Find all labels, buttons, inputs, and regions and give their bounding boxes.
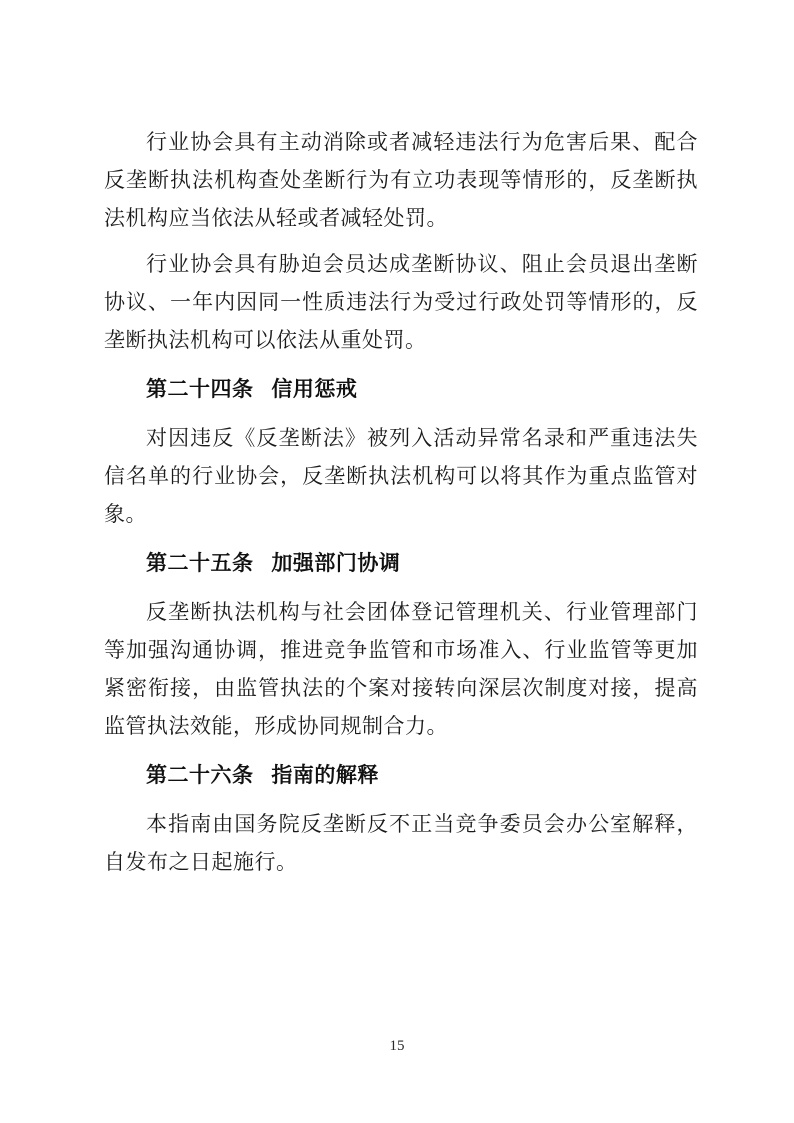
document-content: 行业协会具有主动消除或者减轻违法行为危害后果、配合反垄断执法机构查处垄断行为有立… [104, 123, 698, 889]
article-title: 信用惩戒 [271, 378, 357, 401]
article-heading-26: 第二十六条指南的解释 [104, 757, 698, 795]
article-title: 指南的解释 [271, 764, 379, 787]
article-heading-25: 第二十五条加强部门协调 [104, 545, 698, 583]
page-number: 15 [0, 1036, 794, 1056]
article-title: 加强部门协调 [271, 552, 400, 575]
body-paragraph: 反垄断执法机构与社会团体登记管理机关、行业管理部门等加强沟通协调，推进竞争监管和… [104, 593, 698, 745]
article-number: 第二十四条 [146, 378, 254, 401]
article-heading-24: 第二十四条信用惩戒 [104, 371, 698, 409]
document-page: 行业协会具有主动消除或者减轻违法行为危害后果、配合反垄断执法机构查处垄断行为有立… [0, 0, 794, 1123]
body-paragraph: 本指南由国务院反垄断反不正当竞争委员会办公室解释，自发布之日起施行。 [104, 805, 698, 881]
body-paragraph: 行业协会具有胁迫会员达成垄断协议、阻止会员退出垄断协议、一年内因同一性质违法行为… [104, 245, 698, 359]
body-paragraph: 对因违反《反垄断法》被列入活动异常名录和严重违法失信名单的行业协会，反垄断执法机… [104, 419, 698, 533]
article-number: 第二十五条 [146, 552, 254, 575]
body-paragraph: 行业协会具有主动消除或者减轻违法行为危害后果、配合反垄断执法机构查处垄断行为有立… [104, 123, 698, 237]
article-number: 第二十六条 [146, 764, 254, 787]
